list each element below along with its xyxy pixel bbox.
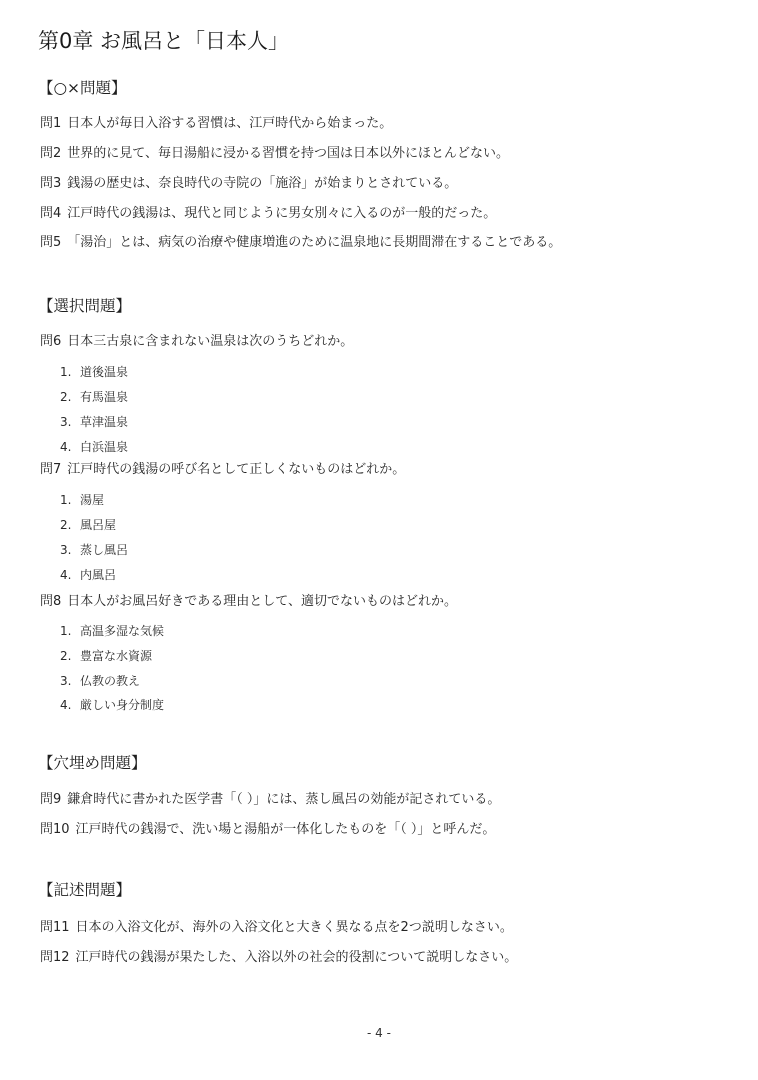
option-text: 道後温泉: [80, 365, 128, 379]
q7-option-3: 3.蒸し風呂: [60, 542, 128, 558]
question-text: 鎌倉時代に書かれた医学書「（ ）」には、蒸し風呂の効能が記されている。: [67, 792, 500, 807]
option-text: 厳しい身分制度: [80, 698, 164, 712]
option-text: 内風呂: [80, 568, 116, 582]
question-number: 問11: [40, 919, 70, 937]
option-text: 白浜温泉: [80, 440, 128, 454]
question-number: 問10: [40, 821, 70, 839]
section-heading-descriptive: 【記述問題】: [38, 880, 131, 900]
q6-option-2: 2.有馬温泉: [60, 389, 128, 405]
question-5: 問5「湯治」とは、病気の治療や健康増進のために温泉地に長期間滞在することである。: [40, 234, 561, 252]
question-number: 問5: [40, 234, 61, 252]
page-number: - 4 -: [0, 1025, 758, 1041]
question-text: 世界的に見て、毎日湯船に浸かる習慣を持つ国は日本以外にほとんどない。: [67, 146, 509, 161]
question-3: 問3銭湯の歴史は、奈良時代の寺院の「施浴」が始まりとされている。: [40, 175, 457, 193]
option-number: 1.: [60, 623, 80, 639]
question-8: 問8日本人がお風呂好きである理由として、適切でないものはどれか。: [40, 593, 457, 611]
option-text: 仏教の教え: [80, 674, 140, 688]
question-9: 問9鎌倉時代に書かれた医学書「（ ）」には、蒸し風呂の効能が記されている。: [40, 791, 500, 809]
q8-option-3: 3.仏教の教え: [60, 673, 140, 689]
q8-option-1: 1.高温多湿な気候: [60, 623, 164, 639]
question-number: 問9: [40, 791, 61, 809]
question-12: 問12江戸時代の銭湯が果たした、入浴以外の社会的役割について説明しなさい。: [40, 949, 517, 967]
question-number: 問1: [40, 115, 61, 133]
question-number: 問3: [40, 175, 61, 193]
q8-option-4: 4.厳しい身分制度: [60, 697, 164, 713]
question-10: 問10江戸時代の銭湯で、洗い場と湯船が一体化したものを「（ ）」と呼んだ。: [40, 821, 495, 839]
question-text: 江戸時代の銭湯は、現代と同じように男女別々に入るのが一般的だった。: [67, 206, 496, 221]
q7-option-2: 2.風呂屋: [60, 517, 116, 533]
option-number: 3.: [60, 542, 80, 558]
question-text: 日本人がお風呂好きである理由として、適切でないものはどれか。: [67, 594, 457, 609]
question-number: 問4: [40, 205, 61, 223]
question-text: 銭湯の歴史は、奈良時代の寺院の「施浴」が始まりとされている。: [67, 176, 457, 191]
question-text: 江戸時代の銭湯の呼び名として正しくないものはどれか。: [67, 462, 405, 477]
option-number: 3.: [60, 673, 80, 689]
option-text: 草津温泉: [80, 415, 128, 429]
option-text: 湯屋: [80, 493, 104, 507]
q6-option-3: 3.草津温泉: [60, 414, 128, 430]
question-2: 問2世界的に見て、毎日湯船に浸かる習慣を持つ国は日本以外にほとんどない。: [40, 145, 509, 163]
question-number: 問6: [40, 333, 61, 351]
question-text: 江戸時代の銭湯が果たした、入浴以外の社会的役割について説明しなさい。: [76, 950, 518, 965]
question-11: 問11日本の入浴文化が、海外の入浴文化と大きく異なる点を2つ説明しなさい。: [40, 919, 513, 937]
option-number: 4.: [60, 697, 80, 713]
question-1: 問1日本人が毎日入浴する習慣は、江戸時代から始まった。: [40, 115, 392, 133]
question-4: 問4江戸時代の銭湯は、現代と同じように男女別々に入るのが一般的だった。: [40, 205, 496, 223]
question-7: 問7江戸時代の銭湯の呼び名として正しくないものはどれか。: [40, 461, 405, 479]
chapter-title: 第0章 お風呂と「日本人」: [38, 27, 289, 55]
option-number: 1.: [60, 492, 80, 508]
question-number: 問12: [40, 949, 70, 967]
option-number: 2.: [60, 389, 80, 405]
q8-option-2: 2.豊富な水資源: [60, 648, 152, 664]
section-heading-true-false: 【○×問題】: [38, 78, 127, 98]
question-number: 問8: [40, 593, 61, 611]
question-number: 問7: [40, 461, 61, 479]
q6-option-1: 1.道後温泉: [60, 364, 128, 380]
option-text: 豊富な水資源: [80, 649, 152, 663]
q7-option-4: 4.内風呂: [60, 567, 116, 583]
section-heading-multiple-choice: 【選択問題】: [38, 296, 131, 316]
option-text: 有馬温泉: [80, 390, 128, 404]
question-text: 日本三古泉に含まれない温泉は次のうちどれか。: [67, 334, 353, 349]
option-text: 風呂屋: [80, 518, 116, 532]
option-number: 3.: [60, 414, 80, 430]
option-number: 4.: [60, 439, 80, 455]
option-number: 2.: [60, 648, 80, 664]
question-text: 日本人が毎日入浴する習慣は、江戸時代から始まった。: [67, 116, 392, 131]
question-number: 問2: [40, 145, 61, 163]
option-number: 2.: [60, 517, 80, 533]
question-text: 江戸時代の銭湯で、洗い場と湯船が一体化したものを「（ ）」と呼んだ。: [76, 822, 496, 837]
question-6: 問6日本三古泉に含まれない温泉は次のうちどれか。: [40, 333, 353, 351]
option-number: 1.: [60, 364, 80, 380]
option-text: 高温多湿な気候: [80, 624, 164, 638]
section-heading-fill-in-blank: 【穴埋め問題】: [38, 753, 147, 773]
question-text: 「湯治」とは、病気の治療や健康増進のために温泉地に長期間滞在することである。: [67, 235, 561, 250]
q7-option-1: 1.湯屋: [60, 492, 104, 508]
option-number: 4.: [60, 567, 80, 583]
document-page: 第0章 お風呂と「日本人」 【○×問題】 問1日本人が毎日入浴する習慣は、江戸時…: [0, 0, 758, 1080]
q6-option-4: 4.白浜温泉: [60, 439, 128, 455]
option-text: 蒸し風呂: [80, 543, 128, 557]
question-text: 日本の入浴文化が、海外の入浴文化と大きく異なる点を2つ説明しなさい。: [76, 920, 513, 935]
